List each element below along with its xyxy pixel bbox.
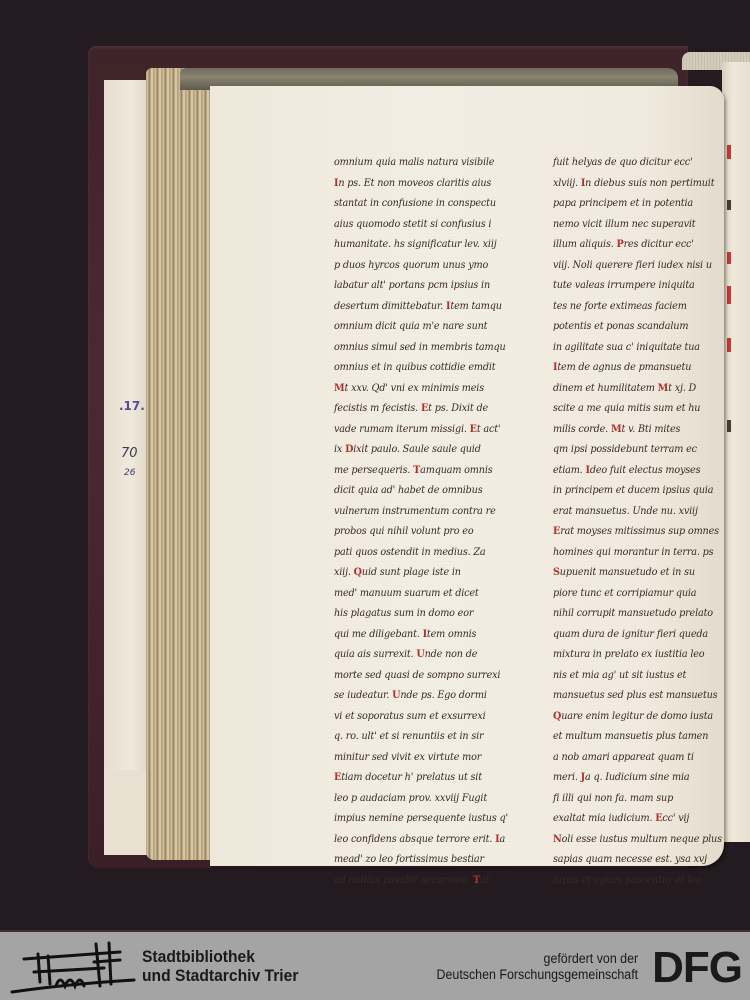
manuscript-line: omnius simul sed in membris tamqu — [334, 337, 508, 358]
manuscript-line: In ps. Et non moveos claritis aius — [334, 173, 508, 194]
manuscript-line: lupus et agnus pascentur et leo — [553, 870, 722, 891]
manuscript-line: se iudeatur. Unde ps. Ego dormi — [334, 685, 508, 706]
facing-page-edge — [722, 62, 750, 842]
rubricated-initial: Q — [553, 710, 561, 722]
rubricated-initial: U — [416, 648, 424, 660]
manuscript-scan: .17. 70 26 omnium quia malis natura visi… — [0, 0, 750, 930]
facing-rubric-mark — [727, 338, 731, 352]
rubricated-initial: Q — [354, 566, 362, 578]
manuscript-line: fi illi qui non fa. mam sup — [553, 788, 722, 809]
manuscript-line: his plagatus sum in domo eor — [334, 603, 508, 624]
rubricated-initial: I — [585, 464, 589, 476]
manuscript-line: xiij. Quid sunt plage iste in — [334, 562, 508, 583]
facing-ink-mark — [727, 200, 731, 210]
facing-rubric-mark — [727, 145, 731, 159]
manuscript-line: leo p audaciam prov. xxviij Fugit — [334, 788, 508, 809]
manuscript-line: a nob amari appareat quam ti — [553, 747, 722, 768]
manuscript-line: in principem et ducem ipsius quia — [553, 480, 722, 501]
text-column-right: fuit helyas de quo dicitur ecc'xlviij. I… — [553, 152, 722, 890]
rubricated-initial: M — [611, 423, 622, 435]
rubricated-initial: P — [616, 238, 623, 250]
funding-line2: Deutschen Forschungsgemeinschaft — [436, 967, 638, 983]
manuscript-line: desertum dimittebatur. Item tamqu — [334, 296, 508, 317]
manuscript-line: exaltat mia iudicium. Ecc' vij — [553, 808, 722, 829]
facing-rubric-mark — [727, 252, 731, 264]
rubricated-initial: N — [553, 833, 562, 845]
manuscript-line: papa principem et in potentia — [553, 193, 722, 214]
dfg-logo: DFG — [652, 946, 742, 990]
manuscript-line: leo confidens absque terrore erit. Ia — [334, 829, 508, 850]
shelfmark-number-3: 26 — [124, 468, 135, 478]
manuscript-line: vi et soporatus sum et exsurrexi — [334, 706, 508, 727]
manuscript-line: nis et mia ag' ut sit iustus et — [553, 665, 722, 686]
manuscript-line: vulnerum instrumentum contra re — [334, 501, 508, 522]
shelfmark-number: .17. — [119, 399, 145, 413]
rubricated-initial: E — [334, 771, 341, 783]
funding-line1: gefördert von der — [436, 951, 638, 967]
stadtbibliothek-trier-logo-icon — [8, 940, 136, 998]
library-name: Stadtbibliothek und Stadtarchiv Trier — [142, 947, 298, 985]
manuscript-line: vade rumam iterum missigi. Et act' — [334, 419, 508, 440]
manuscript-line: xlviij. In diebus suis non pertimuit — [553, 173, 722, 194]
manuscript-line: omnium dicit quia m'e nare sunt — [334, 316, 508, 337]
page-edges-stack — [146, 68, 212, 860]
shelfmark-number-2: 70 — [121, 446, 138, 461]
manuscript-line: fuit helyas de quo dicitur ecc' — [553, 152, 722, 173]
rubricated-initial: I — [581, 177, 585, 189]
manuscript-line: impius nemine persequente iustus q' — [334, 808, 508, 829]
rubricated-initial: I — [334, 177, 338, 189]
manuscript-line: mixtura in prelato ex iustitia leo — [553, 644, 722, 665]
manuscript-line: omnium quia malis natura visibile — [334, 152, 508, 173]
manuscript-line: stantat in confusione in conspectu — [334, 193, 508, 214]
manuscript-line: homines qui morantur in terra. ps — [553, 542, 722, 563]
manuscript-line: scite a me quia mitis sum et hu — [553, 398, 722, 419]
manuscript-line: Mt xxv. Qd' vni ex minimis meis — [334, 378, 508, 399]
manuscript-line: Etiam docetur h' prelatus ut sit — [334, 767, 508, 788]
rubricated-initial: E — [655, 812, 662, 824]
manuscript-line: Noli esse iustus multum neque plus — [553, 829, 722, 850]
manuscript-line: ix Dixit paulo. Saule saule quid — [334, 439, 508, 460]
manuscript-line: fecistis m fecistis. Et ps. Dixit de — [334, 398, 508, 419]
rubricated-initial: E — [470, 423, 477, 435]
manuscript-line: et multum mansuetis plus tamen — [553, 726, 722, 747]
manuscript-line: p duos hyrcos quorum unus ymo — [334, 255, 508, 276]
manuscript-line: Quare enim legitur de domo iusta — [553, 706, 722, 727]
manuscript-line: illum aliquis. Pres dicitur ecc' — [553, 234, 722, 255]
rubricated-initial: I — [495, 833, 499, 845]
manuscript-line: morte sed quasi de sompno surrexi — [334, 665, 508, 686]
manuscript-line: qui me diligebant. Item omnis — [334, 624, 508, 645]
library-name-line1: Stadtbibliothek — [142, 947, 298, 966]
manuscript-line: in agilitate sua c' iniquitate tua — [553, 337, 722, 358]
manuscript-line: aius quomodo stetit si confusius i — [334, 214, 508, 235]
facing-ink-mark — [727, 420, 731, 432]
text-column-left: omnium quia malis natura visibileIn ps. … — [334, 152, 508, 890]
manuscript-line: me persequeris. Tamquam omnis — [334, 460, 508, 481]
manuscript-line: milis corde. Mt v. Bti mites — [553, 419, 722, 440]
rubricated-initial: M — [334, 382, 345, 394]
manuscript-line: viij. Noli querere fieri iudex nisi u — [553, 255, 722, 276]
rubricated-initial: M — [658, 382, 669, 394]
manuscript-line: q. ro. ult' et si renuntiis et in sir — [334, 726, 508, 747]
manuscript-line: labatur alt' portans pcm ipsius in — [334, 275, 508, 296]
rubricated-initial: T — [473, 874, 480, 886]
manuscript-line: pati quos ostendit in medius. Za — [334, 542, 508, 563]
manuscript-line: mead' zo leo fortissimus bestiar — [334, 849, 508, 870]
manuscript-line: mansuetus sed plus est mansuetus — [553, 685, 722, 706]
manuscript-line: qm ipsi possidebunt terram ec — [553, 439, 722, 460]
flyleaf — [104, 80, 150, 770]
manuscript-line: tute valeas irrumpere iniquita — [553, 275, 722, 296]
rubricated-initial: I — [423, 628, 427, 640]
rubricated-initial: I — [446, 300, 450, 312]
manuscript-line: etiam. Ideo fuit electus moyses — [553, 460, 722, 481]
flyleaf-lower — [104, 770, 150, 855]
manuscript-line: Erat moyses mitissimus sup omnes — [553, 521, 722, 542]
manuscript-line: dicit quia ad' habet de omnibus — [334, 480, 508, 501]
manuscript-line: humanitate. hs significatur lev. xiij — [334, 234, 508, 255]
manuscript-line: dinem et humilitatem Mt xj. D — [553, 378, 722, 399]
manuscript-line: quia ais surrexit. Unde non de — [334, 644, 508, 665]
funding-statement: gefördert von der Deutschen Forschungsge… — [436, 951, 638, 983]
manuscript-line: potentis et ponas scandalum — [553, 316, 722, 337]
manuscript-line: Supuenit mansuetudo et in su — [553, 562, 722, 583]
rubricated-initial: U — [392, 689, 400, 701]
manuscript-line: piore tunc et corripiamur quia — [553, 583, 722, 604]
rubricated-initial: I — [553, 361, 557, 373]
rubricated-initial: S — [553, 566, 560, 578]
library-name-line2: und Stadtarchiv Trier — [142, 966, 298, 985]
footer-banner: Stadtbibliothek und Stadtarchiv Trier ge… — [0, 930, 750, 1000]
rubricated-initial: E — [421, 402, 428, 414]
rubricated-initial: D — [345, 443, 353, 455]
manuscript-line: erat mansuetus. Unde nu. xviij — [553, 501, 722, 522]
manuscript-line: tes ne forte extimeas faciem — [553, 296, 722, 317]
rubricated-initial: E — [553, 525, 560, 537]
manuscript-line: nihil corrupit mansuetudo prelato — [553, 603, 722, 624]
manuscript-line: quam dura de ignitur fieri queda — [553, 624, 722, 645]
manuscript-line: Item de agnus de pmansuetu — [553, 357, 722, 378]
manuscript-line: med' manuum suarum et dicet — [334, 583, 508, 604]
manuscript-line: nemo vicit illum nec superavit — [553, 214, 722, 235]
manuscript-line: omnius et in quibus cottidie emdit — [334, 357, 508, 378]
manuscript-line: probos qui nihil volunt pro eo — [334, 521, 508, 542]
facing-rubric-mark — [727, 286, 731, 304]
rubricated-initial: J — [581, 771, 585, 783]
manuscript-line: meri. Ja q. Iudicium sine mia — [553, 767, 722, 788]
rubricated-initial: T — [413, 464, 420, 476]
manuscript-line: minitur sed vivit ex virtute mor — [334, 747, 508, 768]
manuscript-line: sapias quam necesse est. ysa xvj — [553, 849, 722, 870]
manuscript-line: ad nullius pavabit occursum. Tal' — [334, 870, 508, 891]
